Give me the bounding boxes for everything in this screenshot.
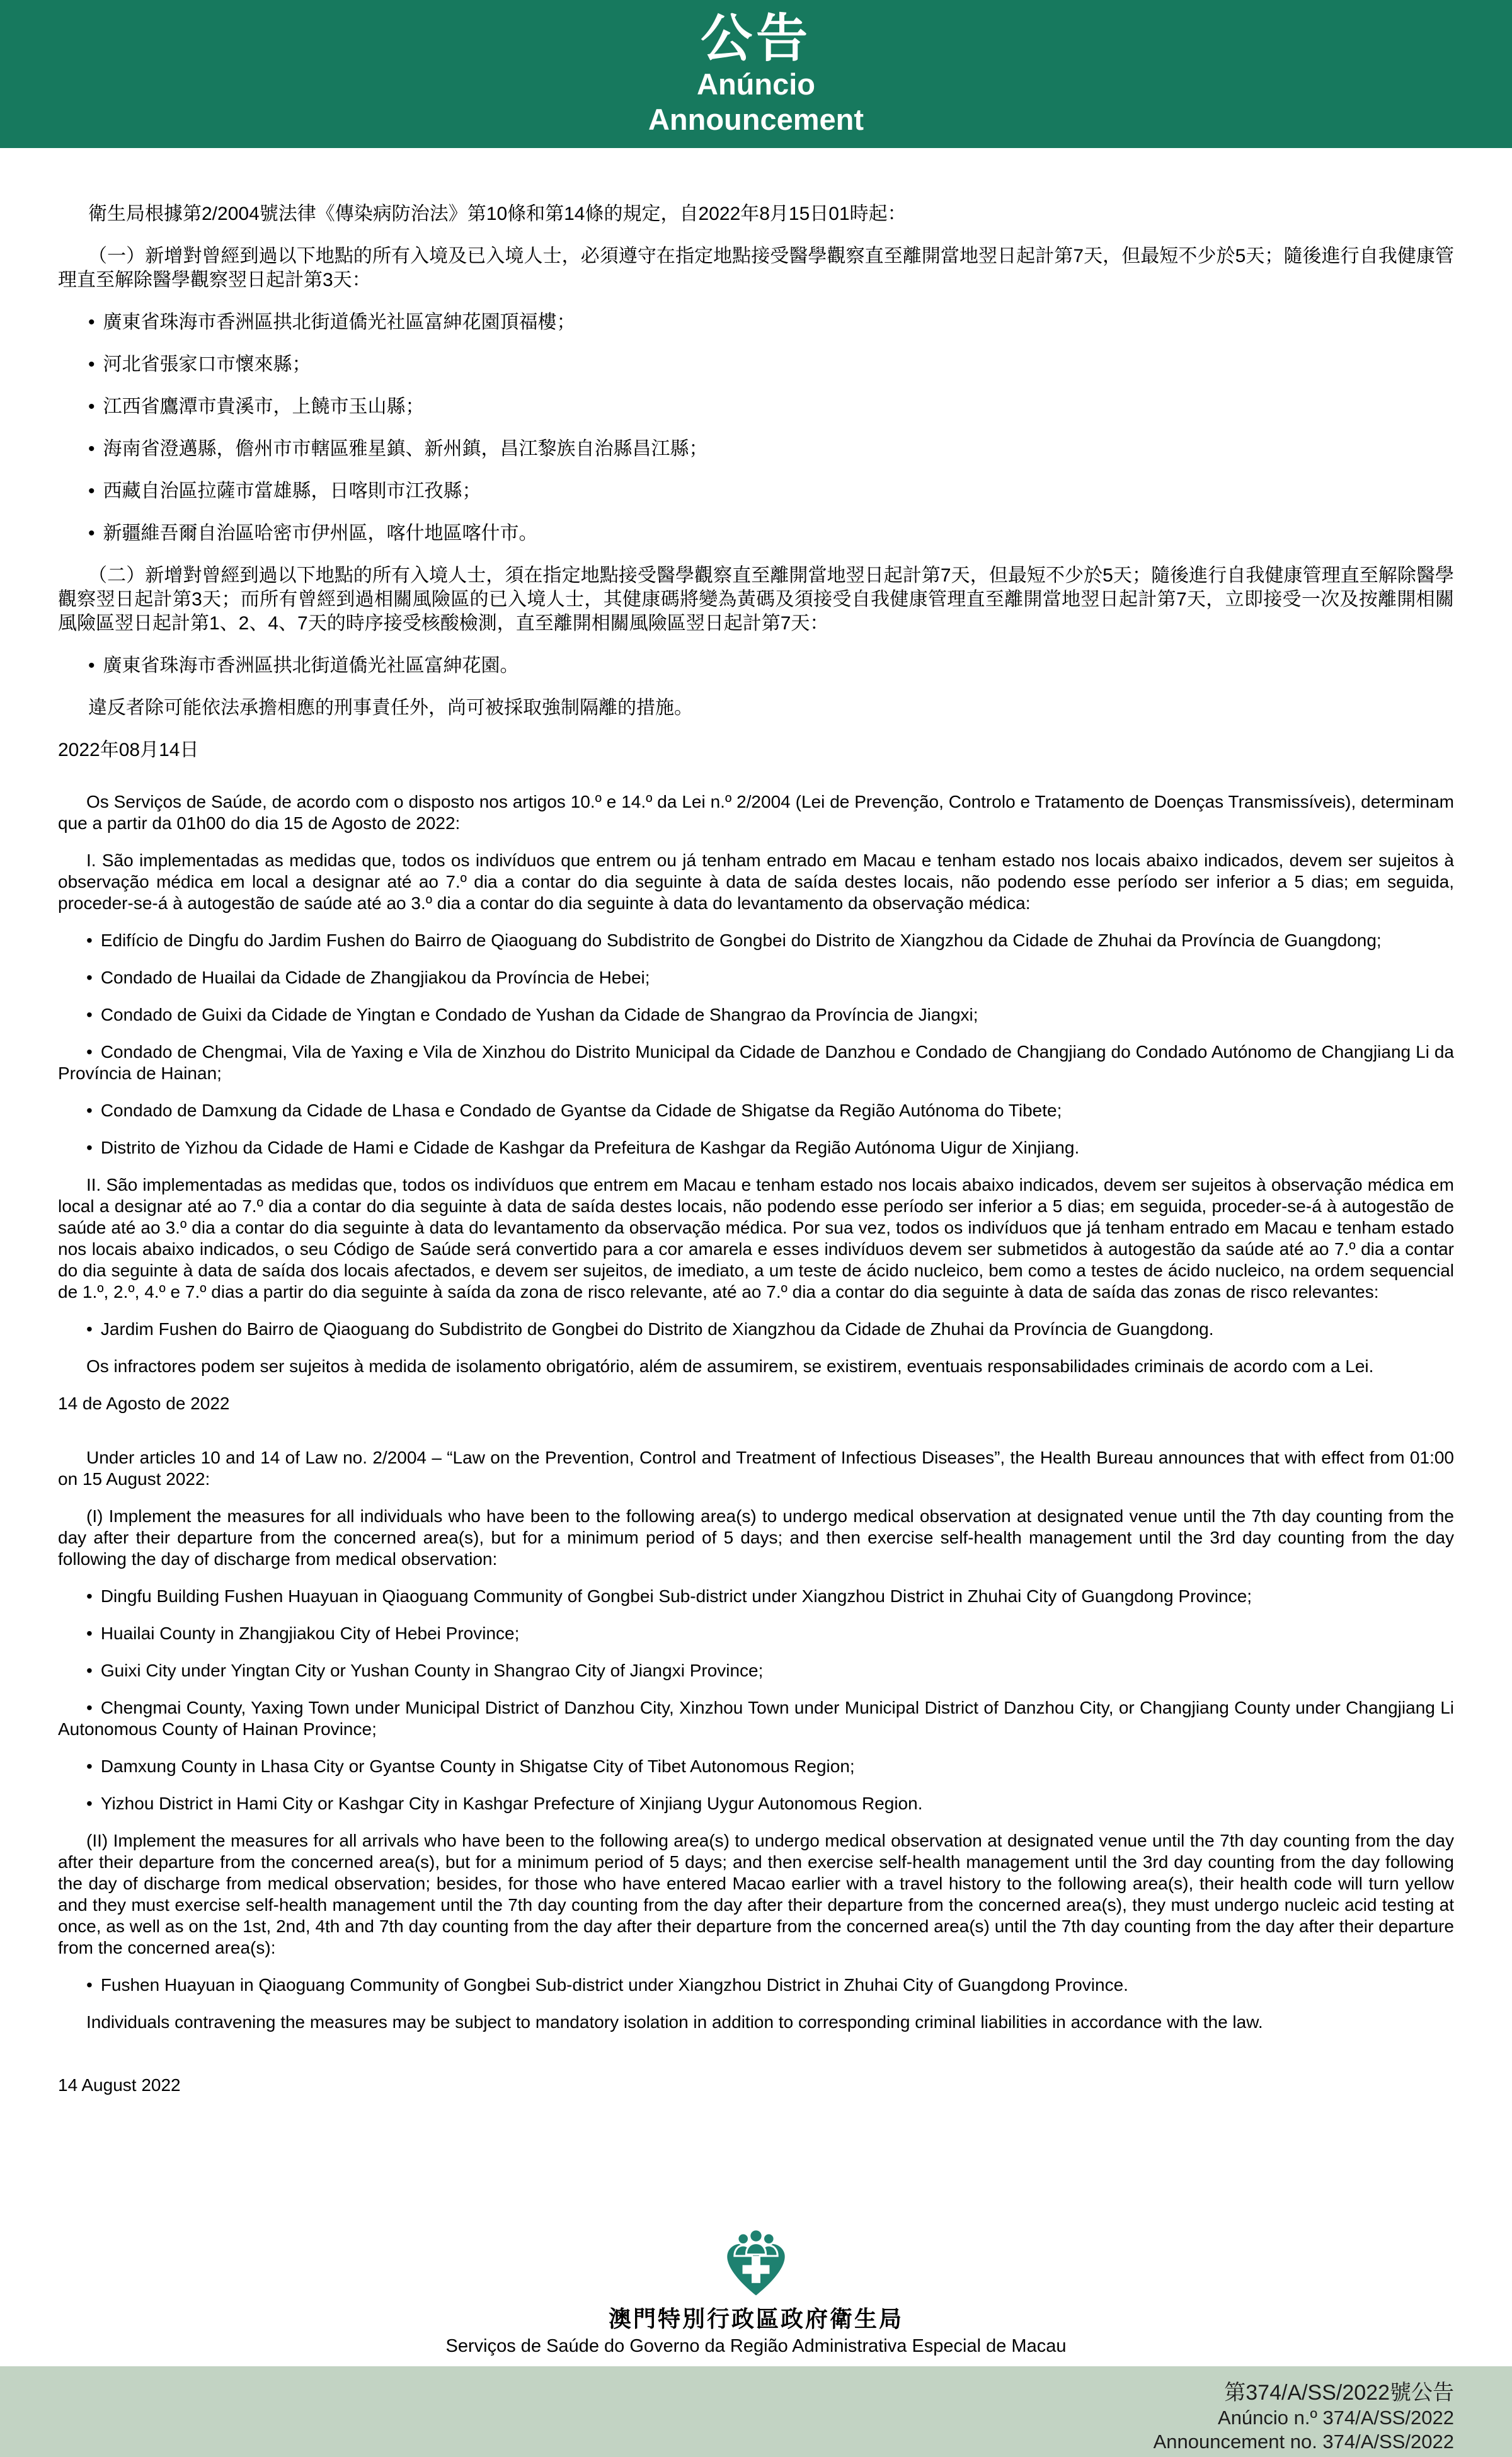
list-item: •Chengmai County, Yaxing Town under Muni… — [58, 1697, 1454, 1740]
bullet-icon: • — [88, 353, 95, 377]
zh-intro: 衛生局根據第2/2004號法律《傳染病防治法》第10條和第14條的規定，自202… — [58, 202, 1454, 226]
bullet-icon: • — [88, 654, 95, 678]
list-item: •Fushen Huayuan in Qiaoguang Community o… — [58, 1974, 1454, 1996]
heart-people-cross-icon — [719, 2229, 793, 2298]
list-item-text: Huailai County in Zhangjiakou City of He… — [101, 1624, 520, 1643]
bullet-icon: • — [86, 930, 93, 951]
list-item-text: Condado de Damxung da Cidade de Lhasa e … — [101, 1101, 1062, 1120]
list-item: •Condado de Guixi da Cidade de Yingtan e… — [58, 1004, 1454, 1026]
bullet-icon: • — [86, 967, 93, 988]
banner-title-en: Announcement — [648, 102, 864, 137]
list-item-text: Damxung County in Lhasa City or Gyantse … — [101, 1756, 855, 1776]
bullet-icon: • — [86, 1041, 93, 1063]
list-item-text: Guixi City under Yingtan City or Yushan … — [101, 1661, 764, 1680]
en-date: 14 August 2022 — [58, 2075, 1454, 2096]
list-item: •河北省張家口市懷來縣； — [58, 353, 1454, 377]
zh-measure-2: （二）新增對曾經到過以下地點的所有入境人士，須在指定地點接受醫學觀察直至離開當地… — [58, 564, 1454, 636]
pt-measure-2: II. São implementadas as medidas que, to… — [58, 1174, 1454, 1303]
bullet-icon: • — [86, 1697, 93, 1719]
banner-title-pt: Anúncio — [697, 67, 815, 101]
footer: 澳門特別行政區政府衛生局 Serviços de Saúde do Govern… — [0, 2229, 1512, 2457]
bullet-icon: • — [86, 1100, 93, 1121]
en-measure-2: (II) Implement the measures for all arri… — [58, 1830, 1454, 1959]
list-item: •Dingfu Building Fushen Huayuan in Qiaog… — [58, 1586, 1454, 1607]
section-portuguese: Os Serviços de Saúde, de acordo com o di… — [58, 791, 1454, 1414]
banner: 公告 Anúncio Announcement — [0, 0, 1512, 148]
bullet-icon: • — [88, 522, 95, 546]
list-item: •西藏自治區拉薩市當雄縣，日喀則市江孜縣； — [58, 479, 1454, 503]
list-item: •Edifício de Dingfu do Jardim Fushen do … — [58, 930, 1454, 951]
list-item-text: Condado de Chengmai, Vila de Yaxing e Vi… — [58, 1042, 1454, 1083]
bullet-icon: • — [88, 479, 95, 503]
list-item-text: Edifício de Dingfu do Jardim Fushen do B… — [101, 931, 1382, 950]
list-item-text: 西藏自治區拉薩市當雄縣，日喀則市江孜縣； — [103, 481, 481, 501]
bullet-icon: • — [88, 311, 95, 335]
zh-warning: 違反者除可能依法承擔相應的刑事責任外，尚可被採取強制隔離的措施。 — [58, 696, 1454, 720]
list-item: •Condado de Damxung da Cidade de Lhasa e… — [58, 1100, 1454, 1121]
bullet-icon: • — [86, 1319, 93, 1340]
list-item: •Jardim Fushen do Bairro de Qiaoguang do… — [58, 1319, 1454, 1340]
list-item: •廣東省珠海市香洲區拱北街道僑光社區富紳花園。 — [58, 654, 1454, 678]
list-item-text: Fushen Huayuan in Qiaoguang Community of… — [101, 1975, 1128, 1995]
bullet-icon: • — [86, 1793, 93, 1814]
section-chinese: 衛生局根據第2/2004號法律《傳染病防治法》第10條和第14條的規定，自202… — [58, 202, 1454, 762]
announcement-page: 公告 Anúncio Announcement 衛生局根據第2/2004號法律《… — [0, 0, 1512, 2457]
banner-title-zh: 公告 — [701, 11, 811, 67]
list-item: •Yizhou District in Hami City or Kashgar… — [58, 1793, 1454, 1814]
list-item: •廣東省珠海市香洲區拱北街道僑光社區富紳花園頂福樓； — [58, 311, 1454, 335]
bullet-icon: • — [86, 1137, 93, 1159]
bullet-icon: • — [86, 1586, 93, 1607]
bullet-icon: • — [88, 437, 95, 461]
list-item-text: 河北省張家口市懷來縣； — [103, 354, 311, 375]
footer-org-name-pt: Serviços de Saúde do Governo da Região A… — [0, 2336, 1512, 2357]
zh-date: 2022年08月14日 — [58, 738, 1454, 762]
health-bureau-logo — [0, 2229, 1512, 2298]
bullet-icon: • — [86, 1974, 93, 1996]
footer-org-name-zh: 澳門特別行政區政府衛生局 — [0, 2301, 1512, 2334]
list-item: •新疆維吾爾自治區哈密市伊州區，喀什地區喀什市。 — [58, 522, 1454, 546]
list-item: •Damxung County in Lhasa City or Gyantse… — [58, 1756, 1454, 1777]
list-item: •海南省澄邁縣，儋州市市轄區雅星鎮、新州鎮，昌江黎族自治縣昌江縣； — [58, 437, 1454, 461]
list-item: •Condado de Chengmai, Vila de Yaxing e V… — [58, 1041, 1454, 1084]
list-item-text: 廣東省珠海市香洲區拱北街道僑光社區富紳花園頂福樓； — [103, 312, 576, 333]
en-intro: Under articles 10 and 14 of Law no. 2/20… — [58, 1447, 1454, 1490]
bullet-icon: • — [86, 1623, 93, 1644]
section-english: Under articles 10 and 14 of Law no. 2/20… — [58, 1447, 1454, 2096]
pt-measure-1: I. São implementadas as medidas que, tod… — [58, 850, 1454, 914]
list-item-text: 廣東省珠海市香洲區拱北街道僑光社區富紳花園。 — [103, 655, 519, 676]
zh-measure-1: （一）新增對曾經到過以下地點的所有入境及已入境人士，必須遵守在指定地點接受醫學觀… — [58, 244, 1454, 292]
bullet-icon: • — [88, 395, 95, 419]
list-item-text: Chengmai County, Yaxing Town under Munic… — [58, 1698, 1454, 1739]
list-item: •Huailai County in Zhangjiakou City of H… — [58, 1623, 1454, 1644]
announcement-number-pt: Anúncio n.º 374/A/SS/2022 — [0, 2406, 1454, 2430]
document-body: 衛生局根據第2/2004號法律《傳染病防治法》第10條和第14條的規定，自202… — [0, 148, 1512, 2096]
list-item-text: Dingfu Building Fushen Huayuan in Qiaogu… — [101, 1586, 1252, 1606]
list-item: •Guixi City under Yingtan City or Yushan… — [58, 1660, 1454, 1681]
list-item-text: Yizhou District in Hami City or Kashgar … — [101, 1794, 923, 1813]
list-item: •Condado de Huailai da Cidade de Zhangji… — [58, 967, 1454, 988]
list-item: •Distrito de Yizhou da Cidade de Hami e … — [58, 1137, 1454, 1159]
list-item-text: 海南省澄邁縣，儋州市市轄區雅星鎮、新州鎮，昌江黎族自治縣昌江縣； — [103, 438, 708, 459]
list-item: •江西省鷹潭市貴溪市，上饒市玉山縣； — [58, 395, 1454, 419]
bullet-icon: • — [86, 1756, 93, 1777]
list-item-text: Condado de Huailai da Cidade de Zhangjia… — [101, 968, 650, 987]
announcement-number-en: Announcement no. 374/A/SS/2022 — [0, 2430, 1454, 2454]
bullet-icon: • — [86, 1004, 93, 1026]
en-warning: Individuals contravening the measures ma… — [58, 2012, 1454, 2033]
list-item-text: 江西省鷹潭市貴溪市，上饒市玉山縣； — [103, 396, 425, 417]
list-item-text: Jardim Fushen do Bairro de Qiaoguang do … — [101, 1319, 1214, 1339]
list-item-text: 新疆維吾爾自治區哈密市伊州區，喀什地區喀什市。 — [103, 523, 538, 544]
list-item-text: Distrito de Yizhou da Cidade de Hami e C… — [101, 1138, 1079, 1157]
pt-warning: Os infractores podem ser sujeitos à medi… — [58, 1356, 1454, 1377]
pt-date: 14 de Agosto de 2022 — [58, 1393, 1454, 1414]
pt-intro: Os Serviços de Saúde, de acordo com o di… — [58, 791, 1454, 834]
footer-reference-bar: 第374/A/SS/2022號公告 Anúncio n.º 374/A/SS/2… — [0, 2366, 1512, 2457]
en-measure-1: (I) Implement the measures for all indiv… — [58, 1506, 1454, 1570]
announcement-number-zh: 第374/A/SS/2022號公告 — [0, 2380, 1454, 2406]
bullet-icon: • — [86, 1660, 93, 1681]
list-item-text: Condado de Guixi da Cidade de Yingtan e … — [101, 1005, 978, 1024]
